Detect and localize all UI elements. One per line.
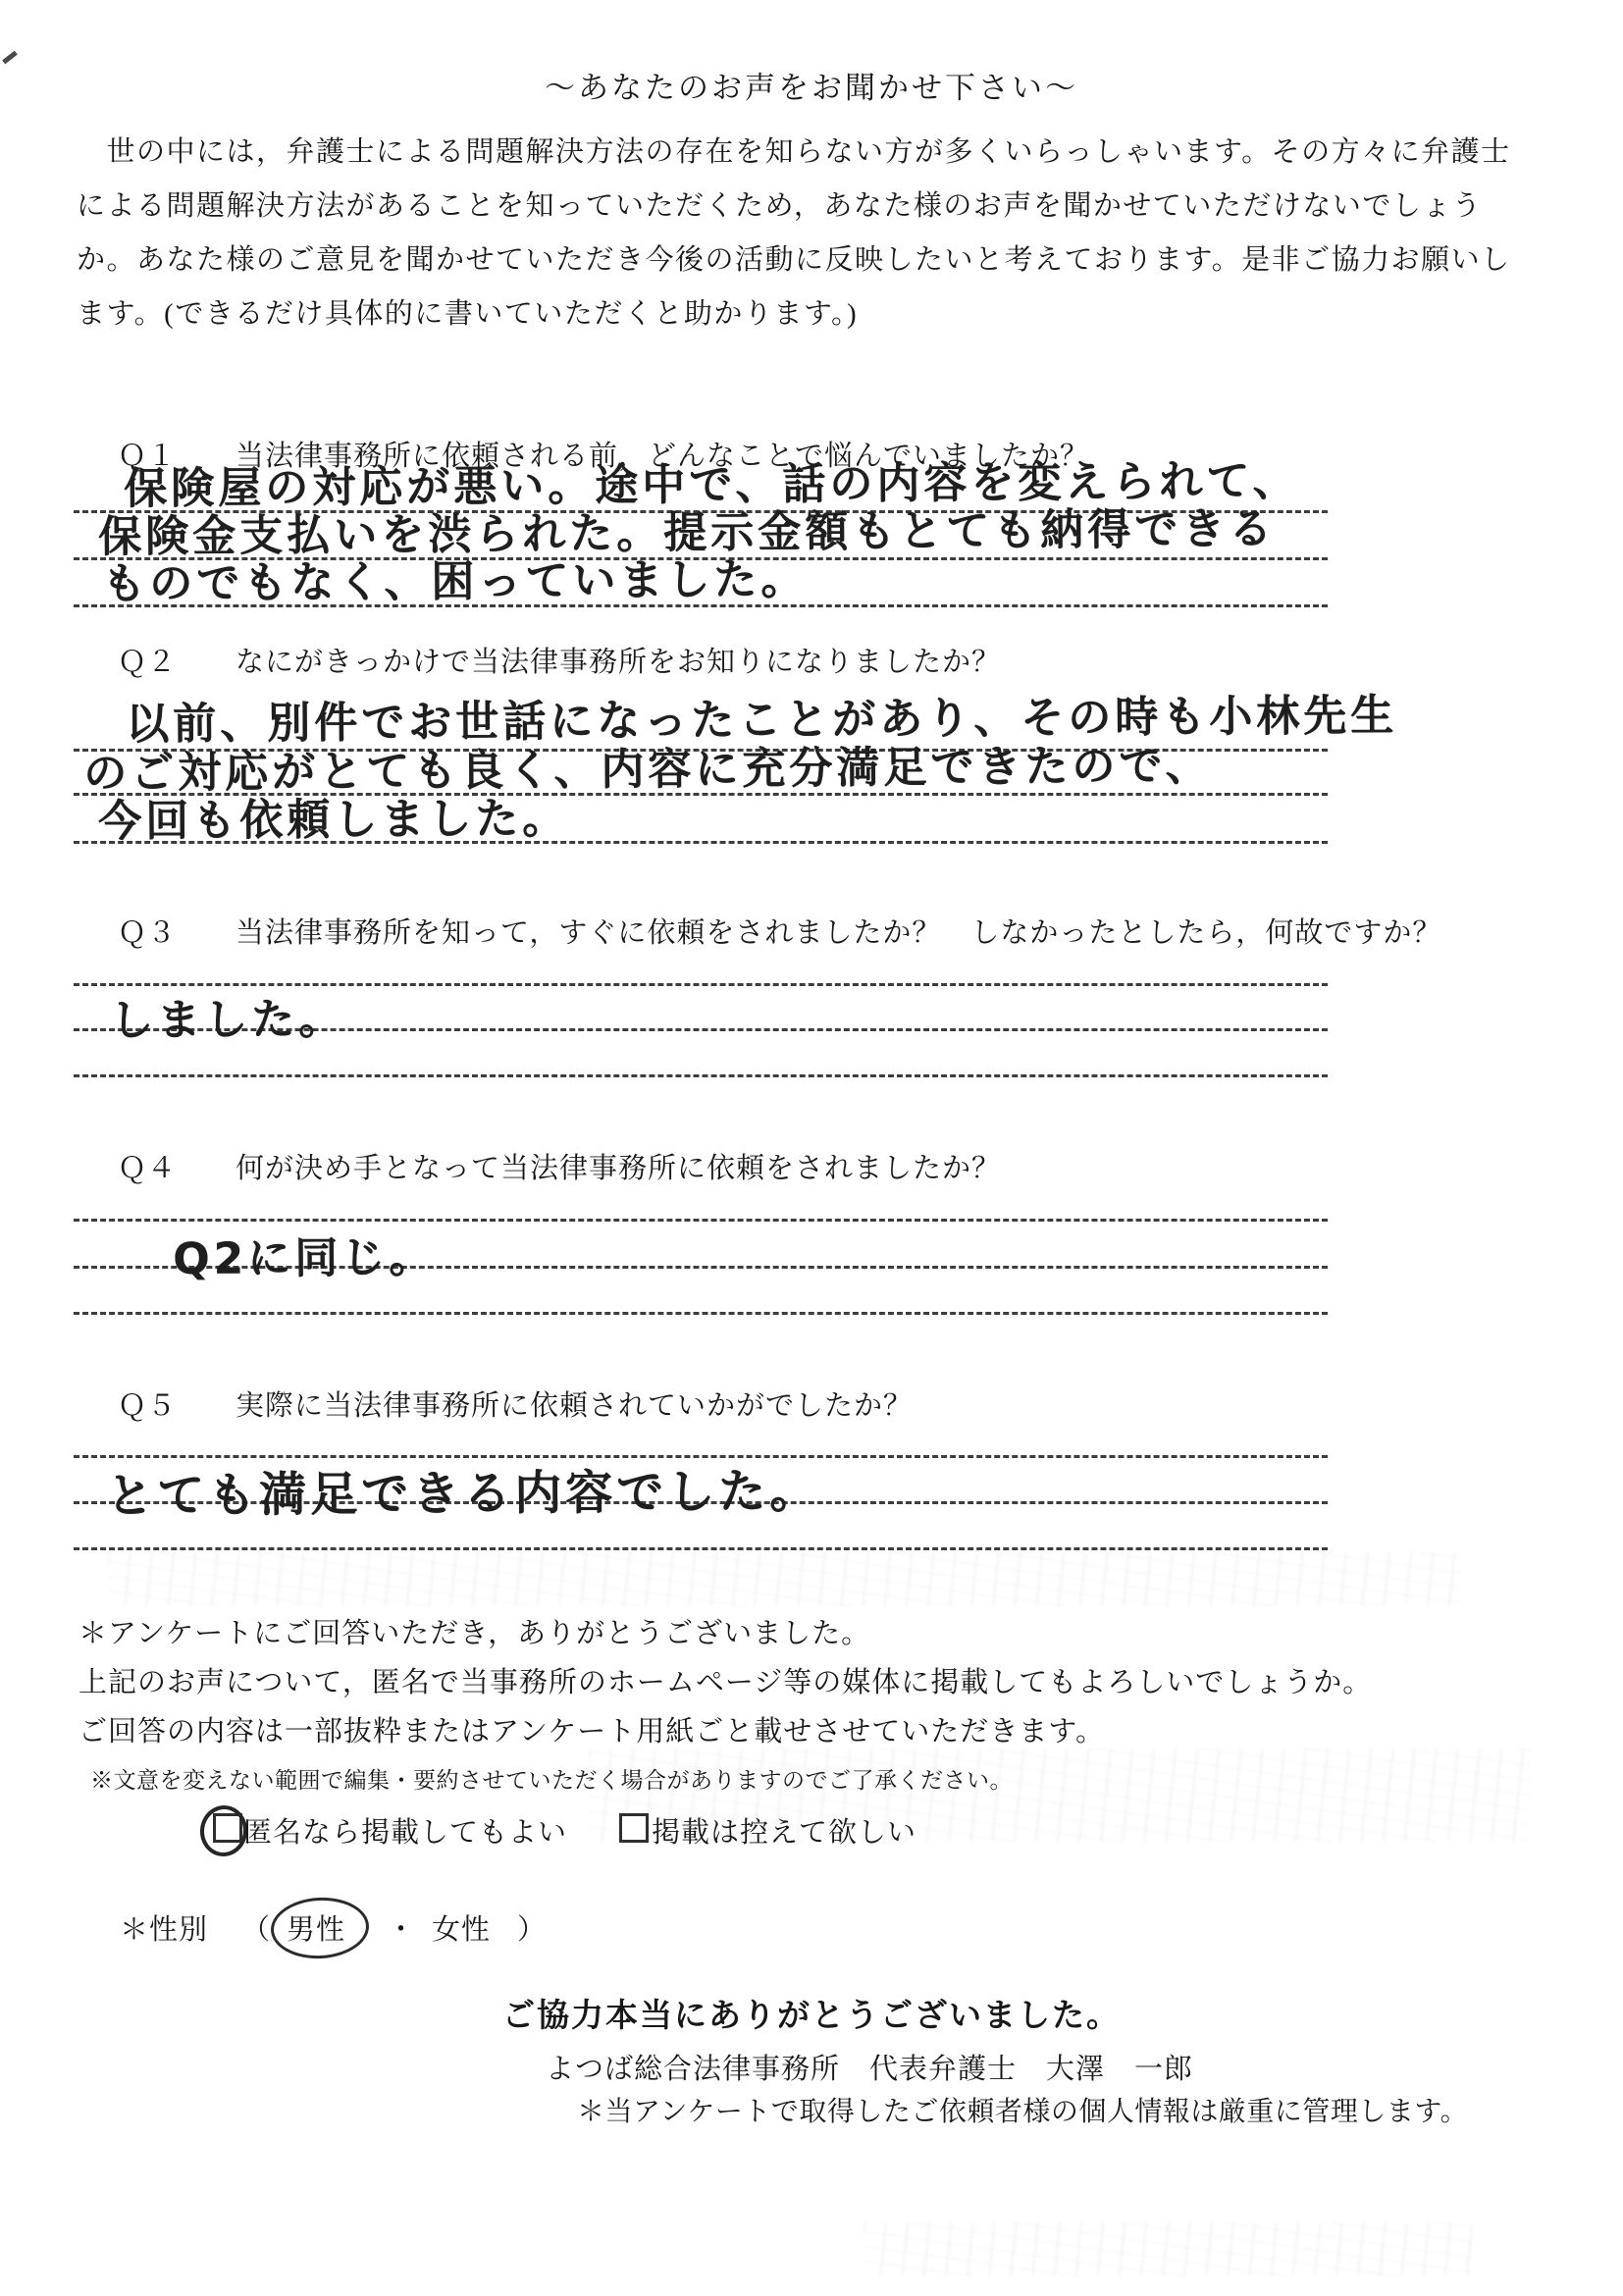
intro-line: による問題解決方法があることを知っていただくため，あなた様のお声を聞かせていただ… [77,180,1578,234]
q4-handwritten-answer-line: Q2に同じ。 [173,1222,436,1286]
privacy-note: ＊当アンケートで取得したご依頼者様の個人情報は厳重に管理します。 [577,2090,1468,2129]
consent-detail-line: ご回答の内容は一部抜粋またはアンケート用紙ごと載せさせていただきます。 [79,1709,1105,1749]
question-4: Ｑ４何が決め手となって当法律事務所に依頼をされましたか？ [118,1146,1001,1186]
intro-line: 世の中には，弁護士による問題解決方法の存在を知らない方が多くいらっしゃいます。そ… [77,126,1578,180]
consent-thanks-line: ＊アンケートにご回答いただき，ありがとうございました。 [79,1611,870,1651]
answer-rule [74,1547,1328,1550]
question-3: Ｑ３当法律事務所を知って，すぐに依頼をされましたか？ しなかったとしたら，何故で… [118,911,1441,951]
intro-paragraph: 世の中には，弁護士による問題解決方法の存在を知らない方が多くいらっしゃいます。そ… [77,126,1578,341]
q5-handwritten-answer-line: とても満足できる内容でした。 [106,1453,820,1526]
bleed-through-artifact [108,1552,1462,1606]
checkbox-anonymous-ok-label: 匿名なら掲載してもよい [243,1810,567,1851]
closing-thanks: ご協力本当にありがとうございました。 [0,1990,1623,2036]
question-3-number: Ｑ３ [118,911,236,951]
question-2-text: なにがきっかけで当法律事務所をお知りになりましたか？ [236,647,1001,678]
office-signature: よつば総合法律事務所 代表弁護士 大澤 一郎 [546,2047,1193,2087]
gender-label: ＊性別 [120,1907,208,1948]
page-title: ～あなたのお声をお聞かせ下さい～ [0,63,1623,107]
question-4-text: 何が決め手となって当法律事務所に依頼をされましたか？ [236,1153,1001,1184]
question-5-text: 実際に当法律事務所に依頼されていかがでしたか？ [236,1390,913,1422]
answer-rule [74,1219,1328,1222]
gender-paren-open: （ [241,1907,271,1948]
gender-option-female: 女性 [432,1907,491,1948]
checkbox-decline-label: 掲載は控えて欲しい [652,1810,916,1851]
checkbox-decline [619,1813,649,1843]
q2-handwritten-answer-line: 今回も依頼しました。 [98,783,569,849]
consent-request-line: 上記のお声について，匿名で当事務所のホームページ等の媒体に掲載してもよろしいでし… [79,1660,1372,1700]
question-3-text: 当法律事務所を知って，すぐに依頼をされましたか？ しなかったとしたら，何故ですか… [236,917,1441,949]
question-4-number: Ｑ４ [118,1146,236,1186]
question-5: Ｑ５実際に当法律事務所に依頼されていかがでしたか？ [118,1383,913,1424]
handwritten-check-oval [197,1802,250,1858]
gender-separator: ・ [387,1907,416,1948]
question-2-number: Ｑ２ [118,640,236,680]
handwritten-circle-male [269,1895,370,1960]
gender-paren-close: ） [517,1907,547,1948]
intro-line: か。あなた様のご意見を聞かせていただき今後の活動に反映したいと考えております。是… [77,234,1578,287]
intro-line: ます。(できるだけ具体的に書いていただくと助かります。) [77,287,1578,341]
question-2: Ｑ２なにがきっかけで当法律事務所をお知りになりましたか？ [118,640,1001,680]
bleed-through-artifact [864,2222,1472,2276]
question-5-number: Ｑ５ [118,1383,236,1424]
scanned-survey-sheet: ～あなたのお声をお聞かせ下さい～ 世の中には，弁護士による問題解決方法の存在を知… [0,0,1623,2296]
q3-handwritten-answer-line: しました。 [110,983,345,1048]
q1-handwritten-answer-line: ものでもなく、困っていました。 [102,544,809,611]
consent-edit-note: ※文意を変えない範囲で編集・要約させていただく場合がありますのでご了承ください。 [90,1762,1013,1795]
answer-rule [74,1312,1328,1315]
answer-rule [74,1074,1328,1077]
